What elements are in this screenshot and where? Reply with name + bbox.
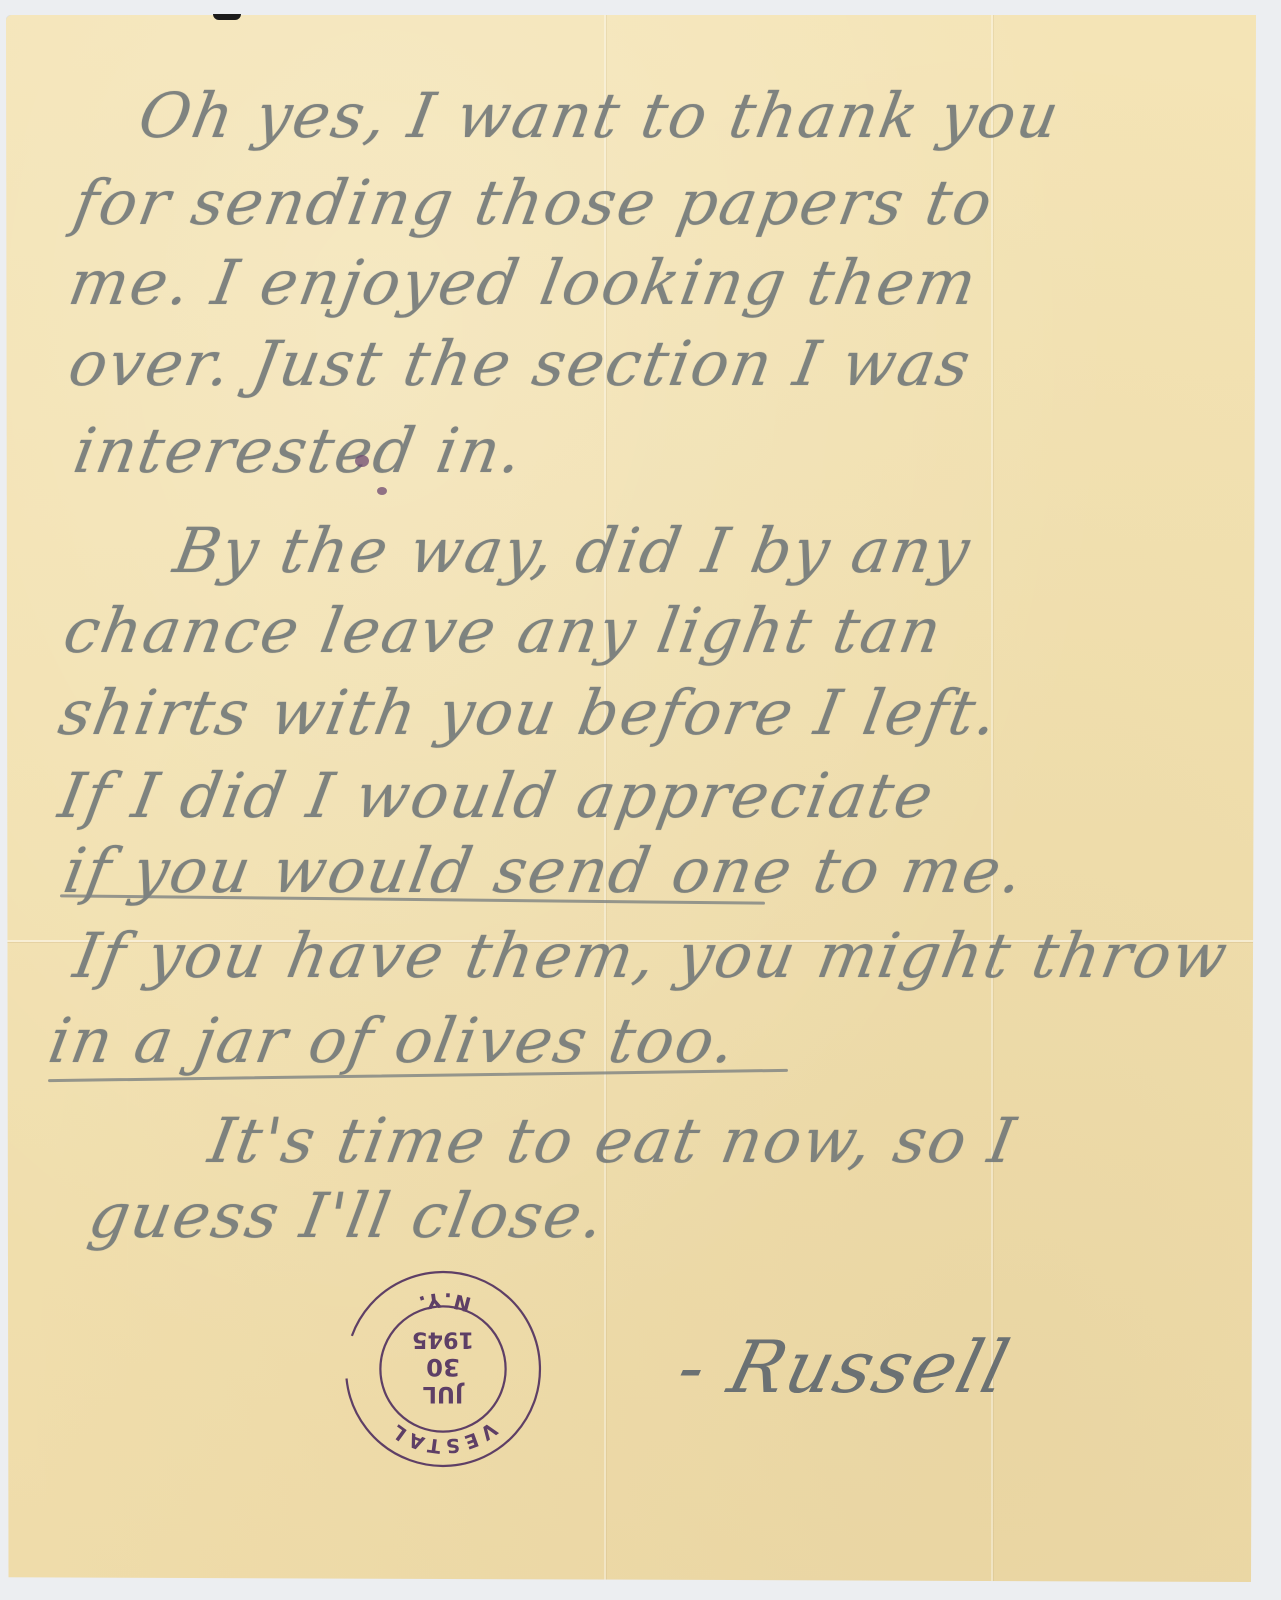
letter-line: over. Just the section I was	[65, 333, 977, 395]
letter-line: guess I'll close.	[85, 1185, 611, 1247]
letter-line: chance leave any light tan	[60, 600, 948, 662]
letter-line: It's time to eat now, so I	[205, 1110, 1022, 1172]
letter-line: shirts with you before I left.	[55, 682, 1004, 744]
postmark-stamp: VESTAL N.Y. JUL 30 1945	[342, 1268, 544, 1470]
signature: - Russell	[670, 1325, 1019, 1409]
letter-line: interested in.	[70, 420, 529, 482]
svg-text:VESTAL: VESTAL	[384, 1417, 501, 1458]
postmark-year: 1945	[412, 1327, 474, 1353]
letter-line: for sending those papers to	[70, 172, 999, 234]
letter-line: By the way, did I by any	[170, 520, 976, 582]
postmark-day: 30	[426, 1353, 460, 1382]
postmark-circle-icon: VESTAL N.Y. JUL 30 1945	[342, 1268, 544, 1470]
letter-line: If I did I would appreciate	[55, 765, 940, 827]
letter-line: If you have them, you might throw	[70, 925, 1234, 987]
letter-body: Oh yes, I want to thank you for sending …	[0, 0, 1281, 1600]
postmark-month: JUL	[423, 1381, 465, 1407]
ink-stain	[377, 487, 387, 495]
letter-line: me. I enjoyed looking them	[65, 252, 983, 314]
postmark-state: N.Y.	[412, 1288, 473, 1317]
ink-stain	[355, 455, 369, 467]
letter-line: Oh yes, I want to thank you	[135, 85, 1065, 147]
letter-line: if you would send one to me.	[60, 840, 1030, 902]
postmark-city: VESTAL	[384, 1417, 501, 1458]
letter-line: in a jar of olives too.	[45, 1010, 742, 1072]
svg-text:N.Y.: N.Y.	[412, 1288, 473, 1317]
scanned-page: Oh yes, I want to thank you for sending …	[0, 0, 1281, 1600]
